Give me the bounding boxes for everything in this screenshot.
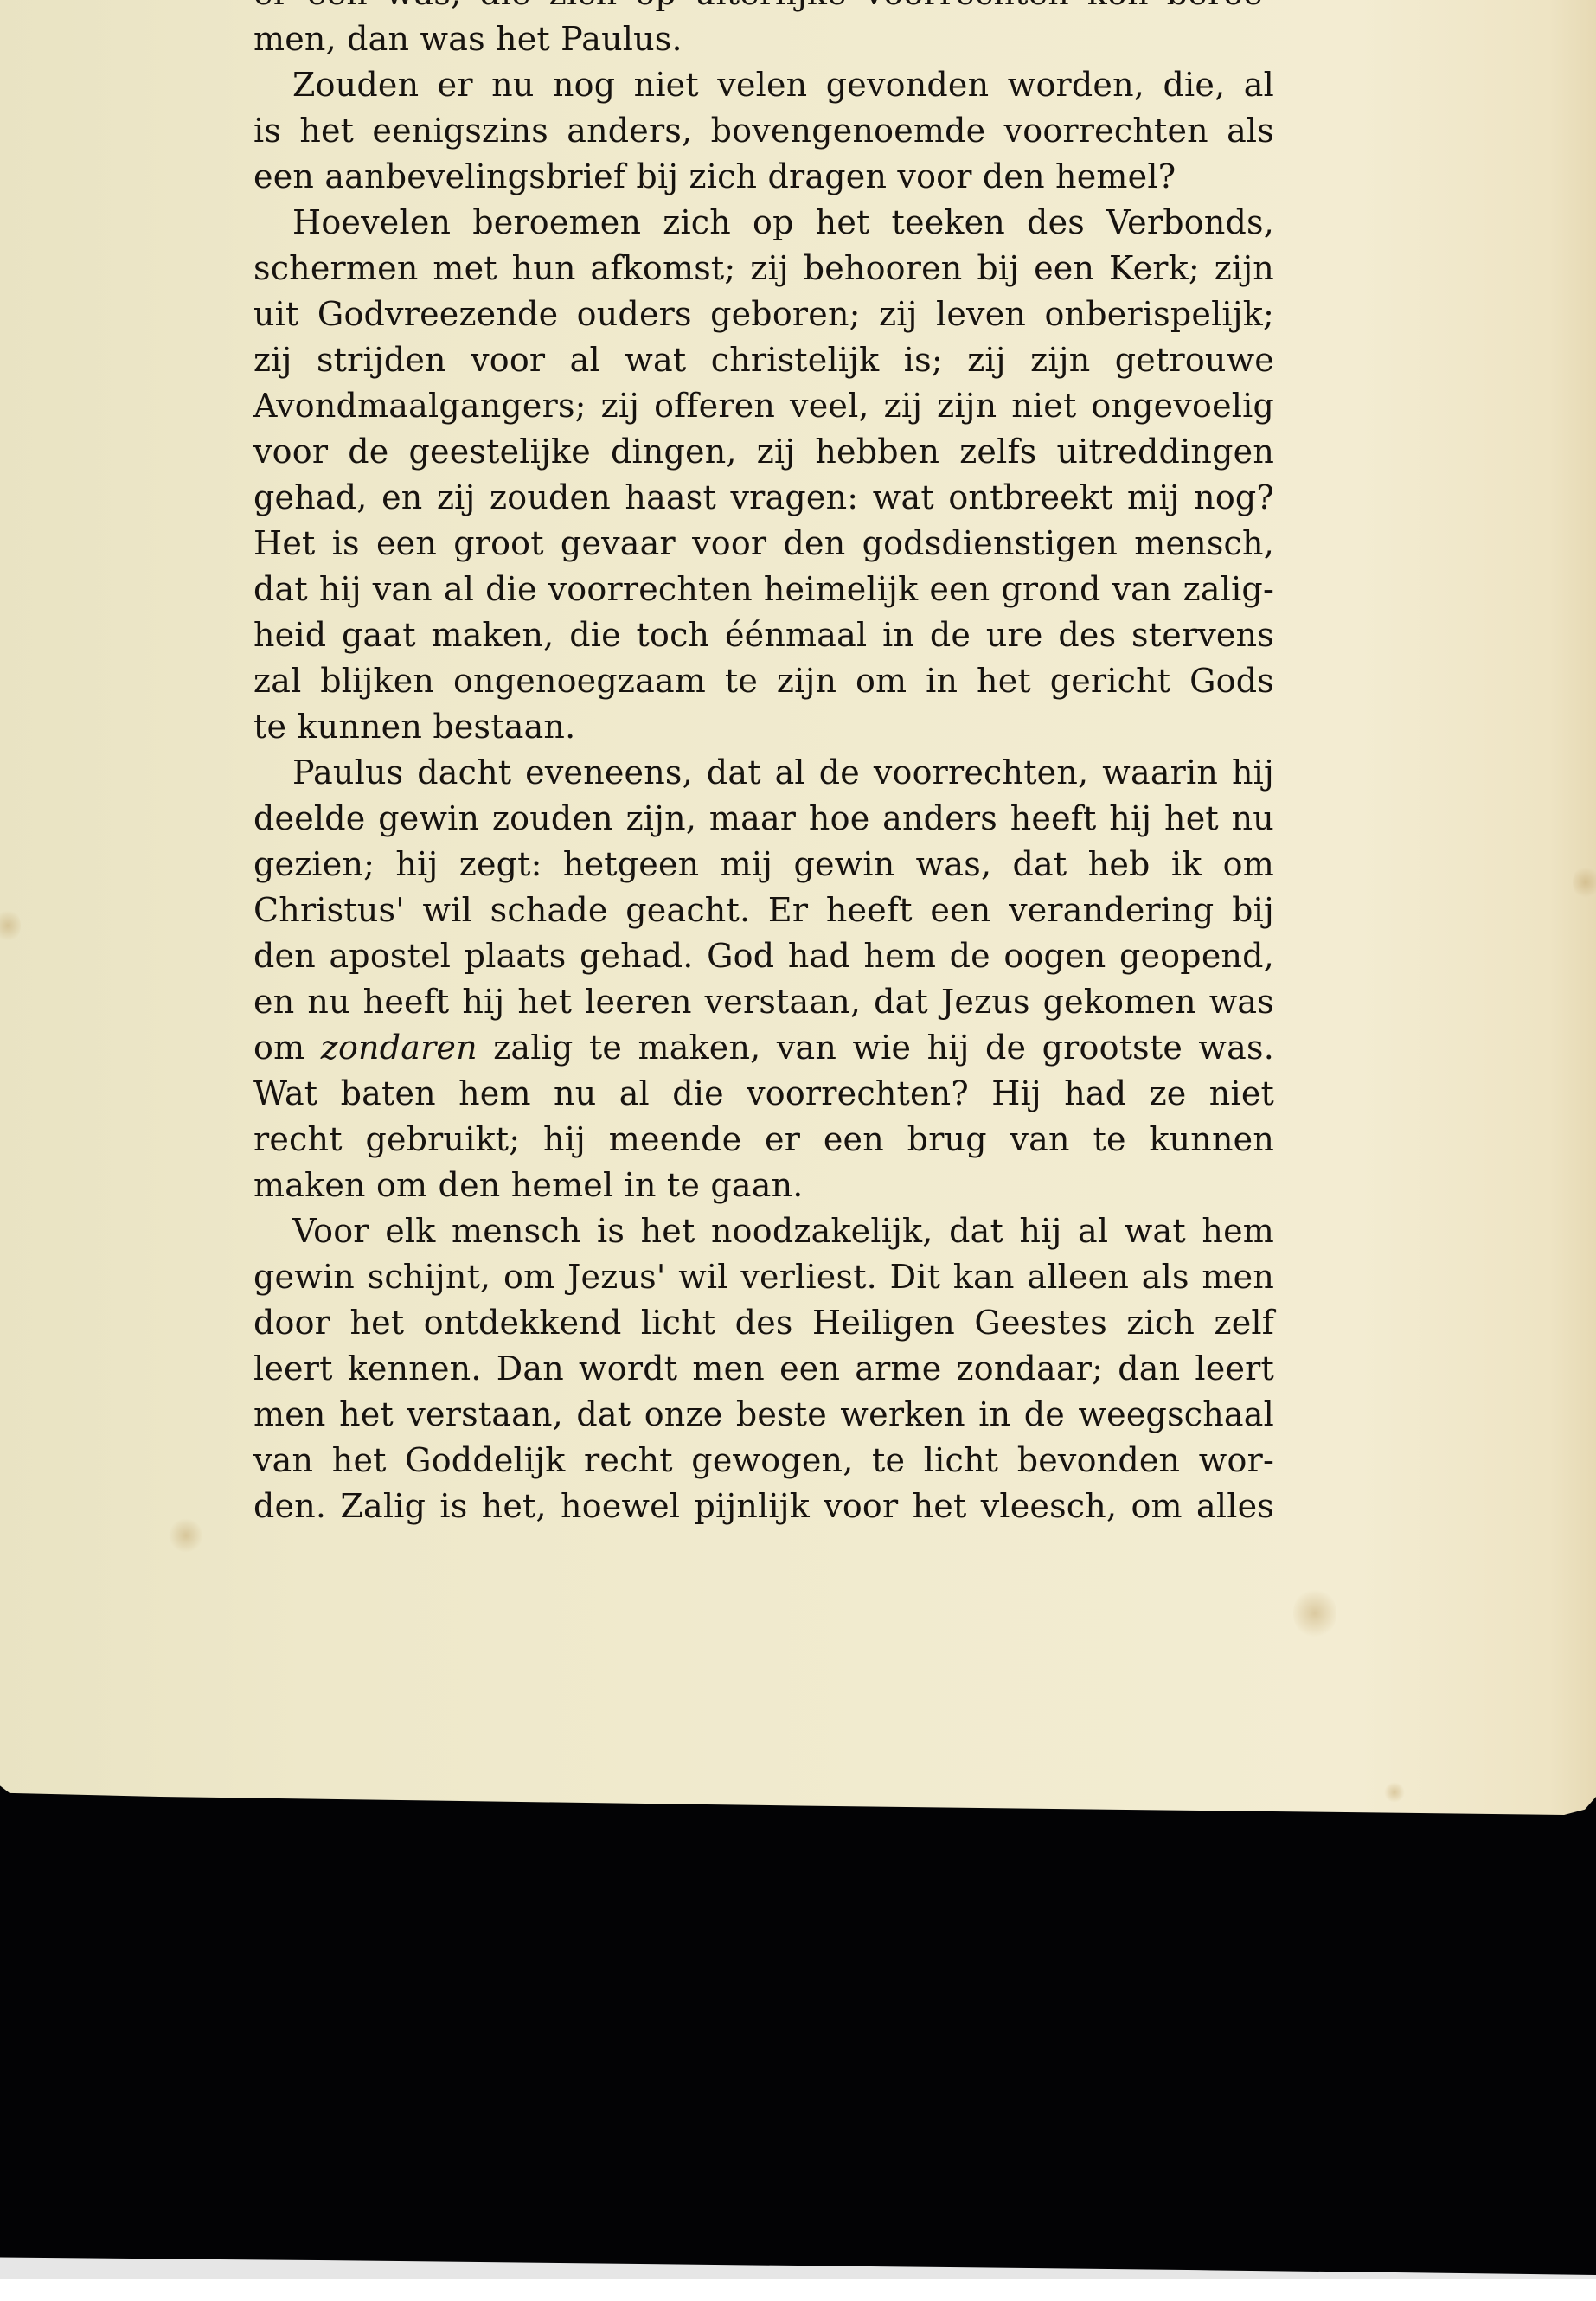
paper-stain bbox=[169, 1518, 203, 1553]
text-line: Avondmaalgangers; zij offeren veel, zij … bbox=[253, 383, 1274, 429]
text-fragment: zalig te maken, van wie hij de grootste … bbox=[478, 1029, 1274, 1067]
text-line: men, dan was het Paulus. bbox=[253, 16, 1274, 62]
text-line: uit Godvreezende ouders geboren; zij lev… bbox=[253, 292, 1274, 337]
text-line: gezien; hij zegt: hetgeen mij gewin was,… bbox=[253, 842, 1274, 888]
text-line: er een was, die zich op uiterlijke voorr… bbox=[253, 0, 1274, 16]
text-line: gehad, en zij zouden haast vragen: wat o… bbox=[253, 475, 1274, 521]
text-line: deelde gewin zouden zijn, maar hoe ander… bbox=[253, 796, 1274, 842]
paper-stain bbox=[0, 908, 21, 943]
text-line: den apostel plaats gehad. God had hem de… bbox=[253, 933, 1274, 979]
paragraph-start-line: Hoevelen beroemen zich op het teeken des… bbox=[253, 200, 1274, 246]
text-line: te kunnen bestaan. bbox=[253, 704, 1274, 750]
text-line: recht gebruikt; hij meende er een brug v… bbox=[253, 1117, 1274, 1163]
paragraph-start-line: Zouden er nu nog niet velen gevonden wor… bbox=[253, 62, 1274, 108]
text-line: schermen met hun afkomst; zij behooren b… bbox=[253, 246, 1274, 292]
text-line: om zondaren zalig te maken, van wie hij … bbox=[253, 1025, 1274, 1071]
text-line: Het is een groot gevaar voor den godsdie… bbox=[253, 521, 1274, 567]
paper-stain bbox=[1573, 865, 1596, 900]
text-line: is het eenigszins anders, bovengenoemde … bbox=[253, 108, 1274, 154]
text-line: zij strijden voor al wat christelijk is;… bbox=[253, 337, 1274, 383]
text-line: den. Zalig is het, hoewel pijnlijk voor … bbox=[253, 1484, 1274, 1529]
paragraph-start-line: Paulus dacht eveneens, dat al de voorrec… bbox=[253, 750, 1274, 796]
italic-emphasis: zondaren bbox=[321, 1029, 478, 1067]
text-line: door het ontdekkend licht des Heiligen G… bbox=[253, 1300, 1274, 1346]
text-line: leert kennen. Dan wordt men een arme zon… bbox=[253, 1346, 1274, 1392]
text-line: men het verstaan, dat onze beste werken … bbox=[253, 1392, 1274, 1438]
paragraph-start-line: Voor elk mensch is het noodzakelijk, dat… bbox=[253, 1208, 1274, 1254]
paper-stain bbox=[1293, 1587, 1336, 1639]
text-line: zal blijken ongenoegzaam te zijn om in h… bbox=[253, 658, 1274, 704]
body-text: er een was, die zich op uiterlijke voorr… bbox=[253, 0, 1274, 1529]
book-page: er een was, die zich op uiterlijke voorr… bbox=[0, 0, 1596, 1815]
text-line: een aanbevelingsbrief bij zich dragen vo… bbox=[253, 154, 1274, 200]
text-line: Christus' wil schade geacht. Er heeft ee… bbox=[253, 888, 1274, 933]
text-line: Wat baten hem nu al die voorrechten? Hij… bbox=[253, 1071, 1274, 1117]
text-line: dat hij van al die voorrechten heimelijk… bbox=[253, 567, 1274, 612]
paper-stain bbox=[1384, 1782, 1405, 1803]
text-line: van het Goddelijk recht gewogen, te lich… bbox=[253, 1438, 1274, 1484]
text-line: heid gaat maken, die toch éénmaal in de … bbox=[253, 612, 1274, 658]
text-line: en nu heeft hij het leeren verstaan, dat… bbox=[253, 979, 1274, 1025]
text-line: gewin schijnt, om Jezus' wil verliest. D… bbox=[253, 1254, 1274, 1300]
text-line: voor de geestelijke dingen, zij hebben z… bbox=[253, 429, 1274, 475]
text-fragment: om bbox=[253, 1029, 321, 1067]
text-line: maken om den hemel in te gaan. bbox=[253, 1163, 1274, 1208]
scanned-page: er een was, die zich op uiterlijke voorr… bbox=[0, 0, 1596, 2301]
